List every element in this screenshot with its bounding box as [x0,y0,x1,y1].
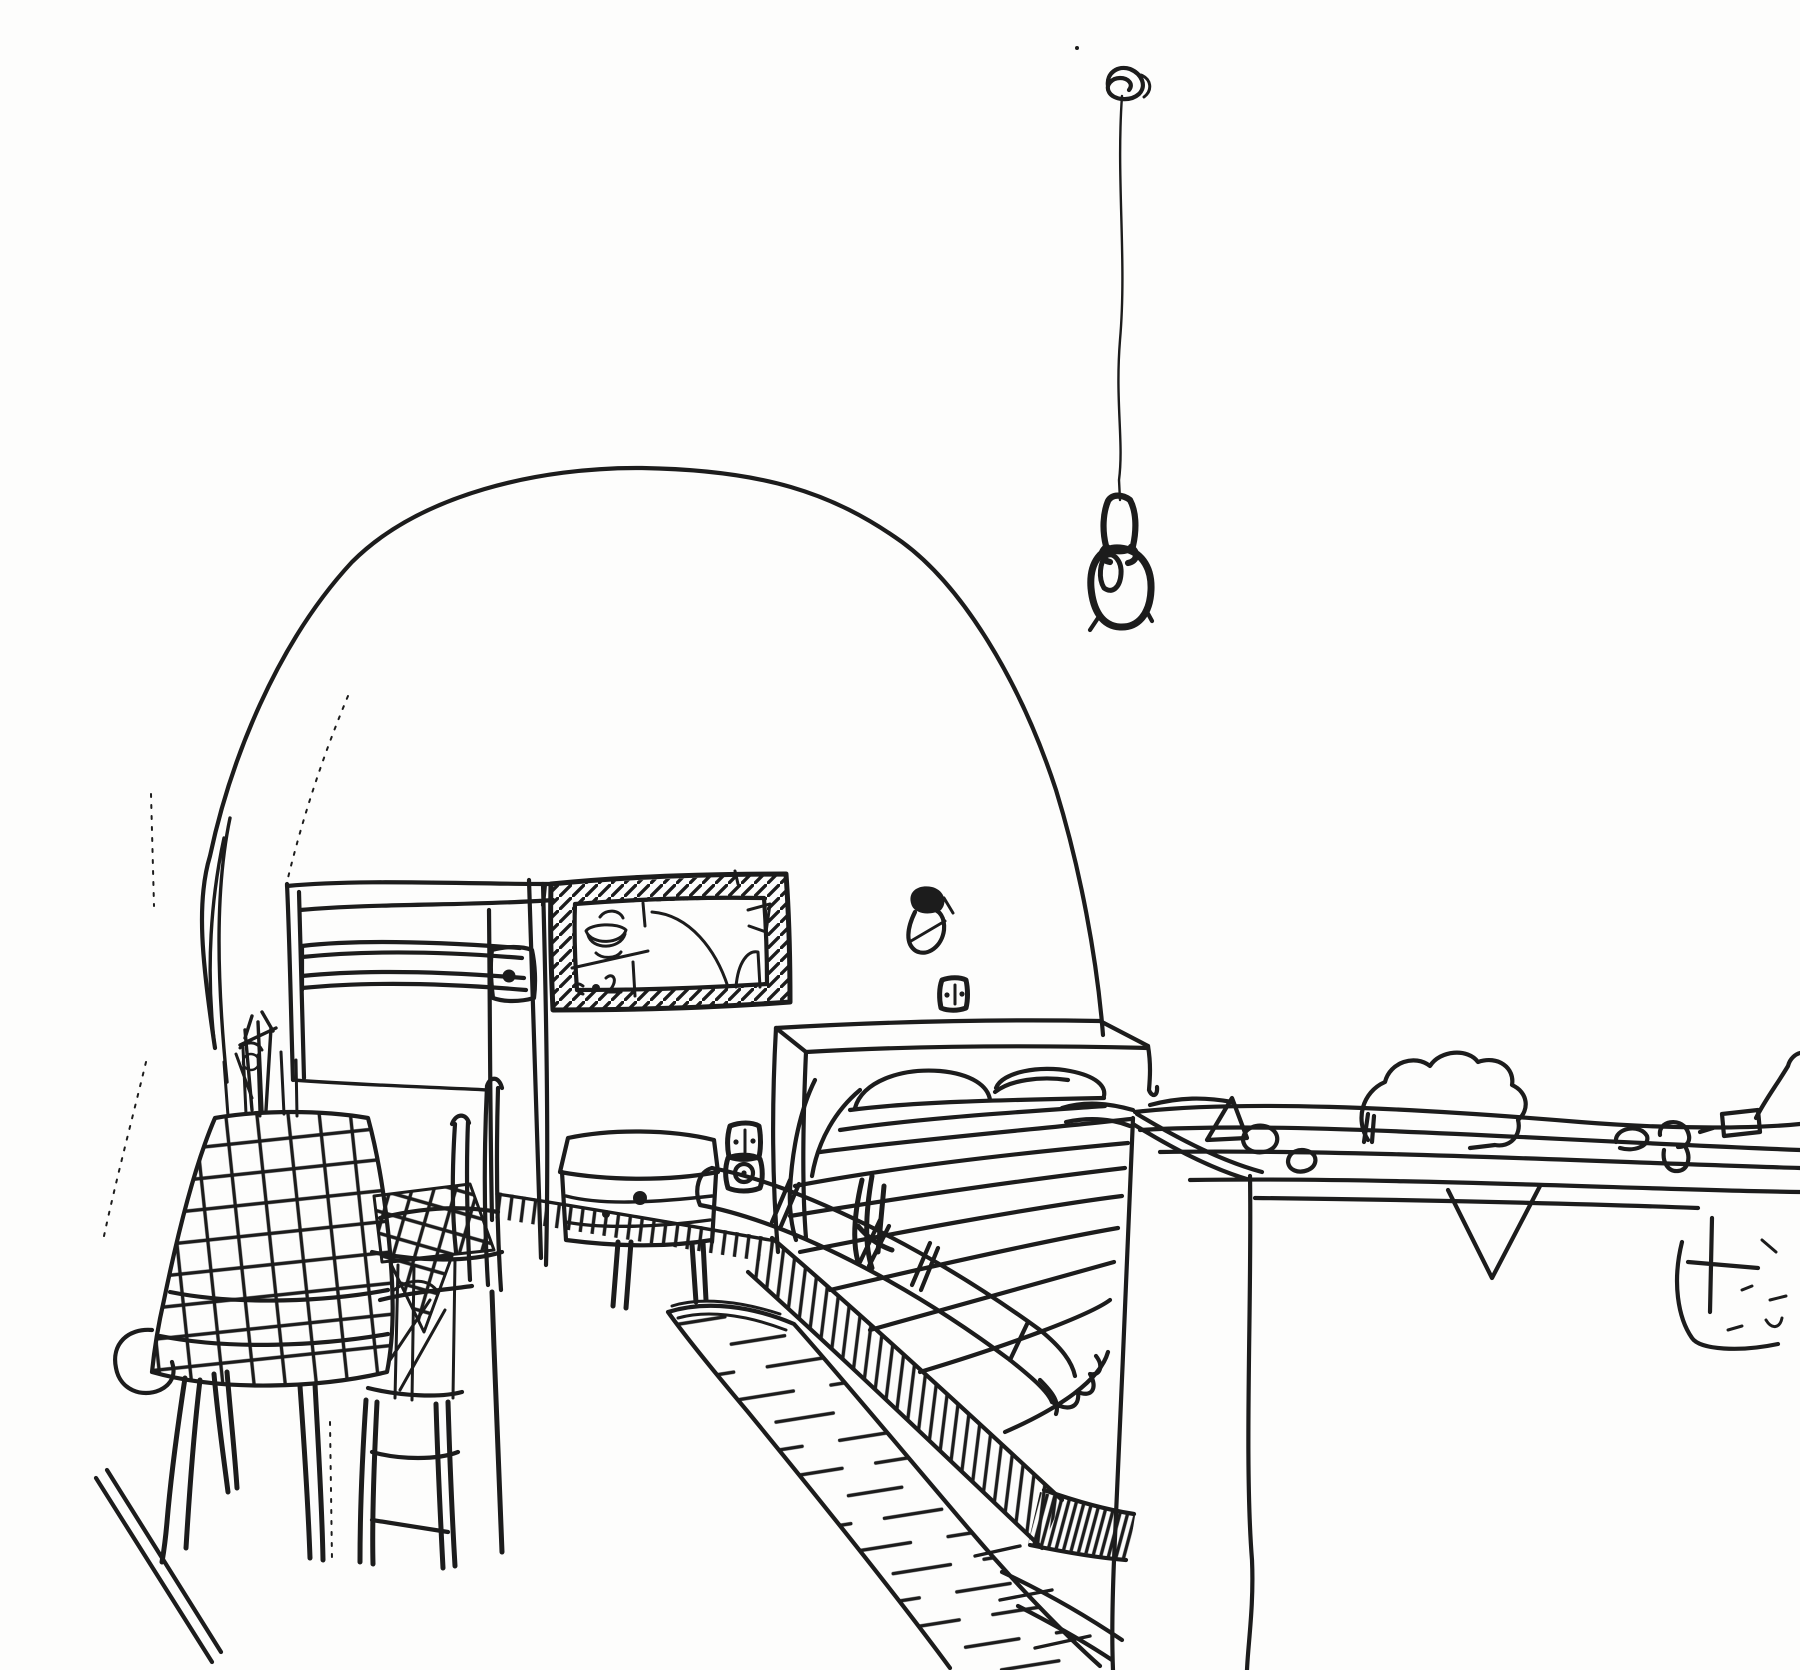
construction-line-lower [104,1062,146,1236]
table-leg-mid [214,1372,237,1492]
headboard-top [776,1020,1148,1046]
field-marks [1728,1240,1786,1330]
headboard-right-edge [1148,1046,1157,1095]
tabletop [560,1131,718,1178]
reflection-arch [736,952,760,987]
field-sketch: Distant field sketch at the lower right … [1677,1218,1786,1349]
table-leg-left [162,1378,200,1562]
reflection-floorline [572,951,648,968]
dining-table: Table draped with a checked tablecloth [115,1043,393,1562]
corner-vertical-far [1247,1176,1252,1670]
pillow-right [995,1069,1104,1096]
door-threshold [293,1080,489,1090]
corner-vertical-near [1112,1118,1133,1670]
door-lintel [287,882,553,910]
sconce-cap [910,886,944,913]
reflection-hill [652,912,728,987]
mirror: Wall mirror with diagonally hatched fram… [551,871,790,1010]
socket-pin [741,1170,746,1175]
switch-dot-right [750,1138,755,1143]
dome-outline [202,468,1103,1048]
stone-pebbles [1243,1126,1315,1172]
outlet-dot-right [959,991,964,996]
field-cross [1688,1218,1758,1312]
construction-line-left [151,794,154,906]
ink-speck [1075,46,1079,50]
switch-dot-left [733,1139,738,1144]
floor-diagonal-left [96,1470,221,1662]
wall-sconce: Small dark wall sconce [908,886,953,952]
bulb-icon [1091,548,1151,627]
stripe [790,1168,1125,1216]
seat-cloth-grid [374,1184,494,1262]
field-border [1677,1242,1778,1349]
outlet-dot-left [944,992,949,997]
terrace: Terrace parapet with stones, pots and a … [1062,1053,1800,1670]
drawer-knob [633,1191,647,1205]
lamp-cord [1118,96,1122,500]
table-leg-right [300,1384,323,1560]
bulb-socket [1104,496,1136,552]
door-knob [503,970,516,983]
mirror-reflections [572,903,770,996]
block-on-parapet [1700,1110,1760,1136]
sketch-canvas: Hand-drawn pen sketch of a whitewashed d… [0,0,1800,1670]
reflection-stroke [643,903,645,926]
table-legs [613,1242,706,1308]
wall-outlet: Small wall outlet above the bed headboar… [940,978,968,1011]
right-edge-curve [1756,1053,1800,1118]
reflection-arc [600,911,623,918]
construction-line [287,696,348,882]
reflection-bowl [586,925,626,958]
reflection-dot [592,984,600,992]
chair-guide [330,1422,332,1560]
sketch-page: Hand-drawn pen sketch of a whitewashed d… [0,0,1800,1670]
ceiling-knot [1108,68,1143,99]
pendant-lamp: Bare light bulb hanging on a long cord [1090,68,1152,630]
headboard-front [776,1028,1148,1052]
dome: Domed ceiling arch of the room [104,46,1103,1236]
